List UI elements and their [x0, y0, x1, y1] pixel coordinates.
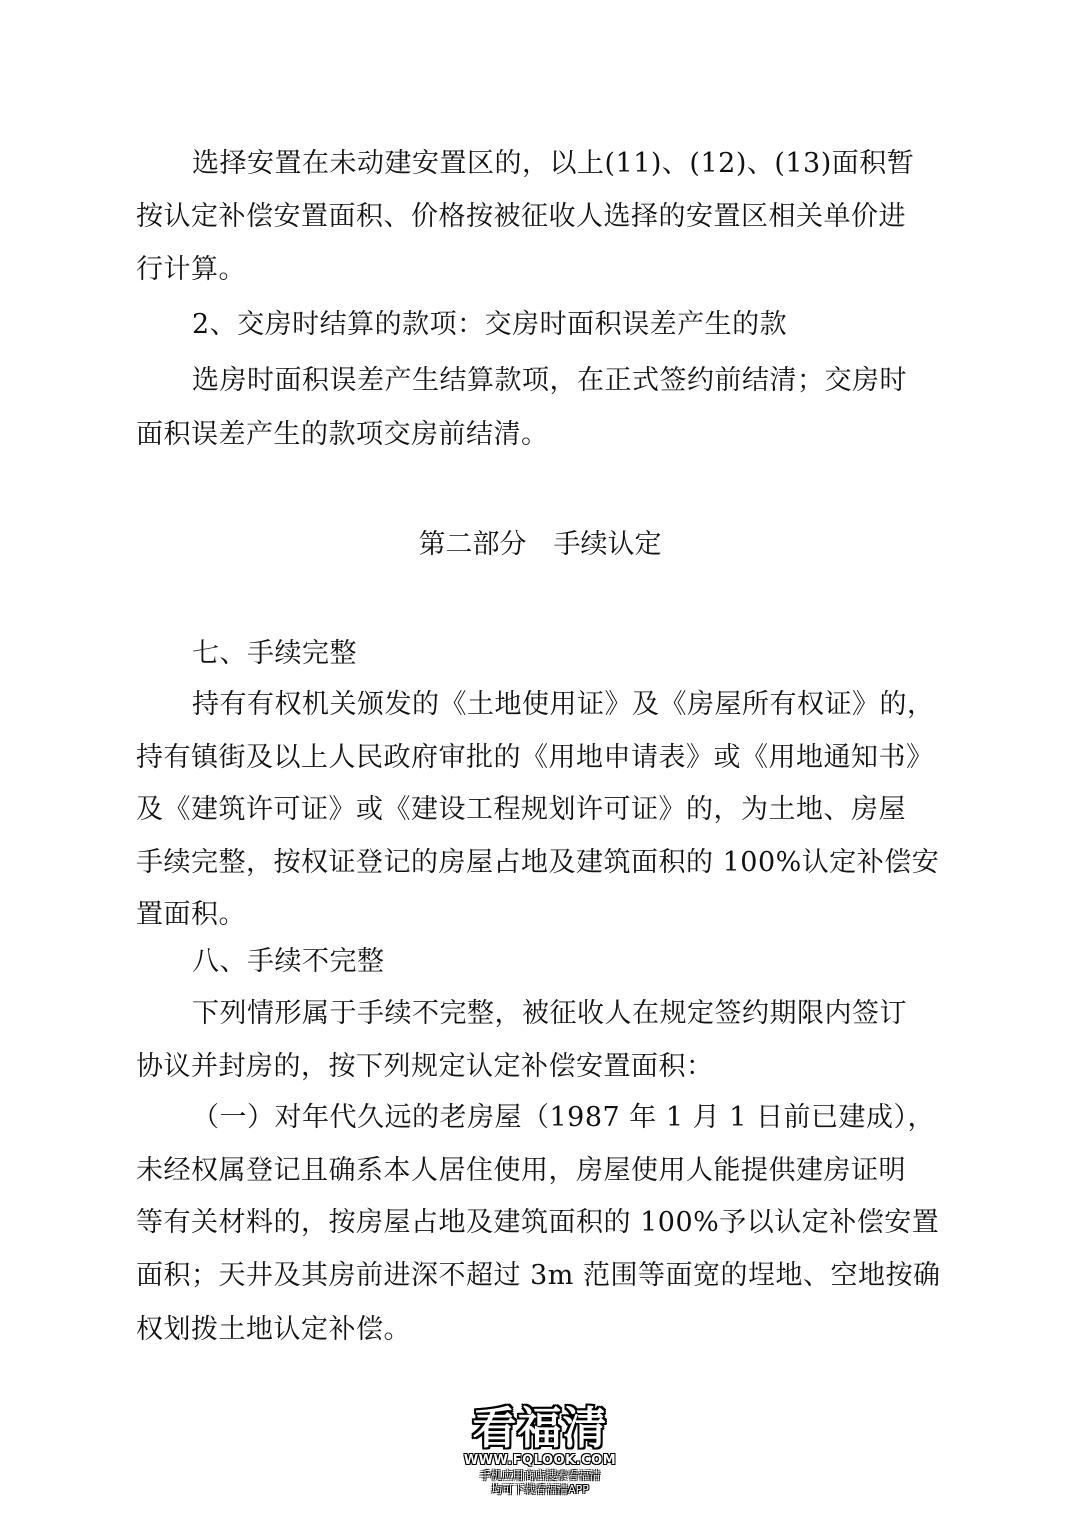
watermark-line-1: 手机应用商店搜索看福清 — [440, 1469, 640, 1483]
paragraph-line: 未经权属登记且确系本人居住使用，房屋使用人能提供建房证明 — [136, 1151, 906, 1191]
paragraph-line: 及《建筑许可证》或《建设工程规划许可证》的，为土地、房屋 — [136, 790, 906, 830]
heading-incomplete-procedures: 八、手续不完整 — [192, 942, 385, 982]
paragraph-line: 行计算。 — [136, 250, 246, 290]
paragraph-line: （一）对年代久远的老房屋（1987 年 1 月 1 日前已建成）， — [192, 1098, 935, 1138]
paragraph-line: 选择安置在未动建安置区的，以上(11)、(12)、(13)面积暂 — [192, 144, 914, 184]
paragraph-line: 面积误差产生的款项交房前结清。 — [136, 415, 549, 455]
watermark: 看福清 WWW.FQLOOK.COM 手机应用商店搜索看福清 均可下载看福清AP… — [440, 1405, 640, 1497]
paragraph-line: 下列情形属于手续不完整，被征收人在规定签约期限内签订 — [192, 994, 907, 1034]
heading-complete-procedures: 七、手续完整 — [192, 634, 357, 674]
paragraph-line: 按认定补偿安置面积、价格按被征收人选择的安置区相关单价进 — [136, 197, 906, 237]
paragraph-line: 选房时面积误差产生结算款项，在正式签约前结清；交房时 — [192, 361, 907, 401]
section-title: 第二部分 手续认定 — [0, 525, 1080, 565]
paragraph-line: 置面积。 — [136, 895, 246, 935]
paragraph-line: 面积；天井及其房前进深不超过 3m 范围等面宽的埕地、空地按确 — [136, 1256, 940, 1296]
paragraph-line: 协议并封房的，按下列规定认定补偿安置面积： — [136, 1047, 714, 1087]
paragraph-line: 持有有权机关颁发的《土地使用证》及《房屋所有权证》的， — [192, 685, 935, 725]
watermark-line-2: 均可下载看福清APP — [440, 1483, 640, 1497]
paragraph-line: 手续完整，按权证登记的房屋占地及建筑面积的 100%认定补偿安 — [136, 843, 939, 883]
paragraph-line: 等有关材料的，按房屋占地及建筑面积的 100%予以认定补偿安置 — [136, 1203, 939, 1243]
paragraph-line: 权划拨土地认定补偿。 — [136, 1310, 411, 1350]
paragraph-line: 持有镇街及以上人民政府审批的《用地申请表》或《用地通知书》 — [136, 738, 934, 778]
paragraph-line: 2、交房时结算的款项：交房时面积误差产生的款 — [192, 305, 787, 345]
watermark-url: WWW.FQLOOK.COM — [440, 1453, 640, 1469]
watermark-logo: 看福清 — [440, 1405, 640, 1453]
